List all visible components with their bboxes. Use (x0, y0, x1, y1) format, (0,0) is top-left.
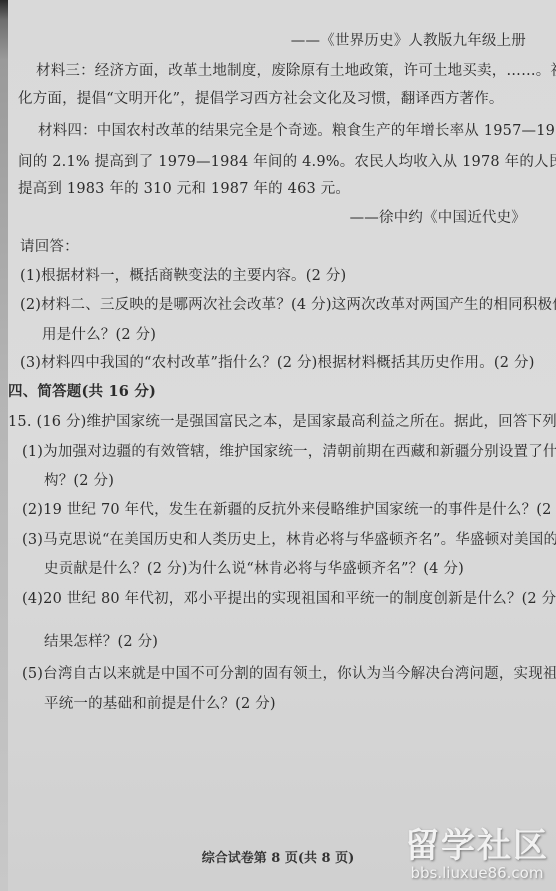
material-4-line-3: 提高到 1983 年的 310 元和 1987 年的 463 元。 (18, 177, 350, 198)
q15-part-1-line-2: 构？(2 分) (44, 469, 114, 490)
q14-part-2-line-2: 用是什么？(2 分) (42, 323, 156, 344)
material-3-line-2: 化方面，提倡“文明开化”，提倡学习西方社会文化及习惯，翻译西方著作。 (18, 87, 504, 108)
q15-part-5-line-1: (5)台湾自古以来就是中国不可分割的固有领土，你认为当今解决台湾问题，实现祖国和 (22, 662, 556, 683)
material-4-line-2: 间的 2.1% 提高到了 1979—1984 年间的 4.9%。农民人均收入从 … (18, 150, 556, 171)
watermark-logo-text: 留学社区 (402, 828, 552, 864)
page-edge-shadow (0, 0, 8, 891)
section-title: 四、简答题(共 16 分) (8, 380, 156, 401)
q14-part-2-line-1: (2)材料二、三反映的是哪两次社会改革？(4 分)这两次改革对两国产生的相同积极… (20, 293, 556, 314)
source-citation-1: ——《世界历史》人教版九年级上册 (291, 29, 526, 50)
q15-part-3-line-1: (3)马克思说“在美国历史和人类历史上，林肯必将与华盛顿齐名”。华盛顿对美国的历 (22, 528, 556, 549)
q15-part-5-line-2: 平统一的基础和前提是什么？(2 分) (44, 692, 276, 713)
q15-part-1-line-1: (1)为加强对边疆的有效管辖，维护国家统一，清朝前期在西藏和新疆分别设置了什么机 (22, 440, 556, 461)
watermark-url: bbs.liuxue86.com (402, 864, 552, 882)
watermark: 留学社区 bbs.liuxue86.com (402, 828, 552, 882)
q14-part-3: (3)材料四中我国的“农村改革”指什么？(2 分)根据材料概括其历史作用。(2 … (20, 351, 535, 372)
q15-part-2: (2)19 世纪 70 年代，发生在新疆的反抗外来侵略维护国家统一的事件是什么？… (22, 498, 556, 519)
q15-part-4-line-1: (4)20 世纪 80 年代初，邓小平提出的实现祖国和平统一的制度创新是什么？(… (22, 587, 556, 608)
q15-part-4-line-2: 结果怎样？(2 分) (44, 630, 158, 651)
answer-prompt: 请回答： (20, 235, 79, 256)
q14-part-1: (1)根据材料一，概括商鞅变法的主要内容。(2 分) (20, 264, 346, 285)
source-citation-2: ——徐中约《中国近代史》 (350, 206, 526, 227)
material-3-line-1: 材料三：经济方面，改革土地制度，废除原有土地政策，许可土地买卖，……。社会文 (36, 59, 556, 80)
q15-part-3-line-2: 史贡献是什么？(2 分)为什么说“林肯必将与华盛顿齐名”？(4 分) (44, 557, 464, 578)
material-4-line-1: 材料四：中国农村改革的结果完全是个奇迹。粮食生产的年增长率从 1957—1978… (38, 119, 556, 140)
q15-stem: 15. (16 分)维护国家统一是强国富民之本，是国家最高利益之所在。据此，回答… (8, 410, 556, 431)
